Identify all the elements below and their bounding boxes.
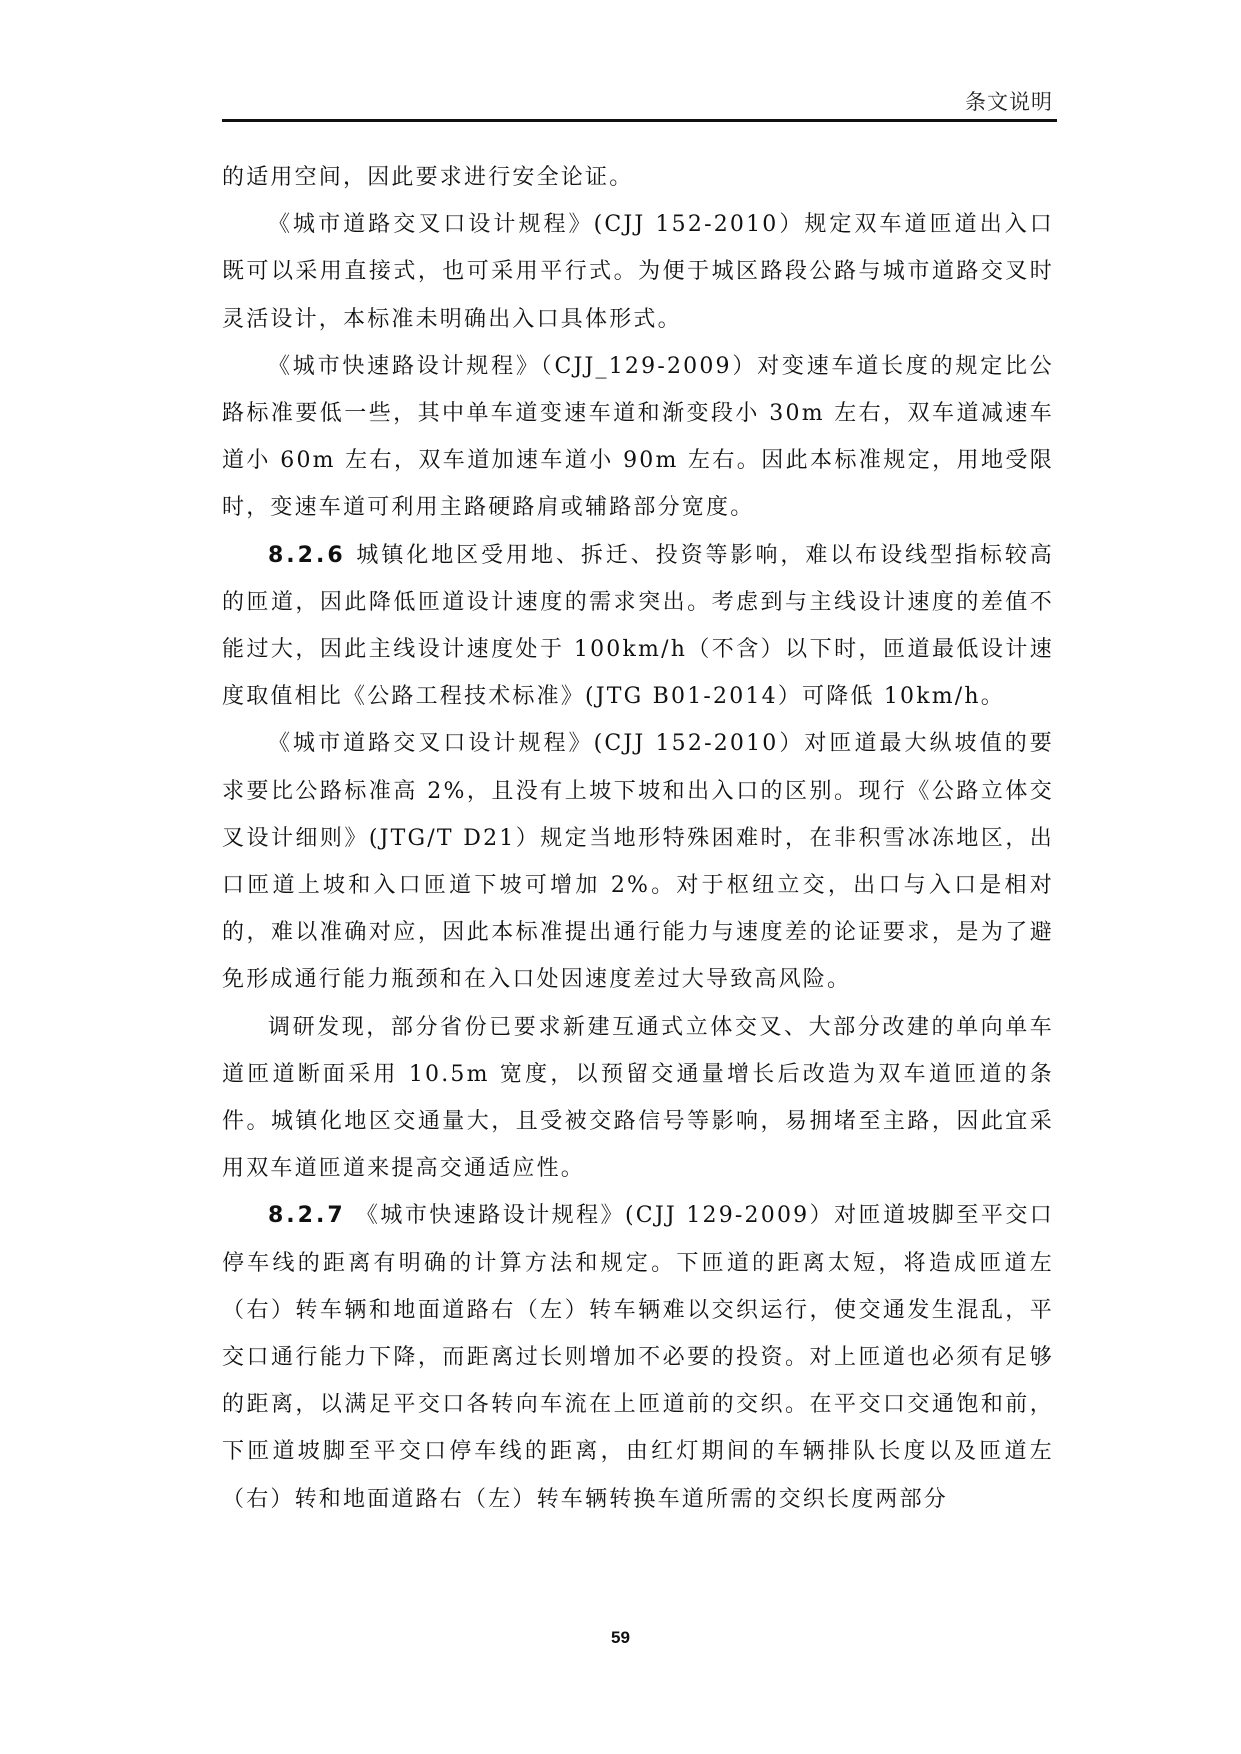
running-header: 条文说明 xyxy=(222,86,1057,122)
paragraph-2: 《城市道路交叉口设计规程》(CJJ 152-2010）规定双车道匝道出入口既可以… xyxy=(222,201,1054,343)
header-divider xyxy=(222,119,1057,122)
paragraph-text: 的适用空间，因此要求进行安全论证。 xyxy=(222,165,633,190)
paragraph-3: 《城市快速路设计规程》（CJJ_129-2009）对变速车道长度的规定比公路标准… xyxy=(222,343,1054,532)
clause-number: 8.2.6 xyxy=(268,543,346,568)
paragraph-text: 《城市道路交叉口设计规程》(CJJ 152-2010）对匝道最大纵坡值的要求要比… xyxy=(222,731,1054,992)
paragraph-text: 调研发现，部分省份已要求新建互通式立体交叉、大部分改建的单向单车道匝道断面采用 … xyxy=(222,1015,1054,1182)
paragraph-text: 城镇化地区受用地、拆迁、投资等影响，难以布设线型指标较高的匝道，因此降低匝道设计… xyxy=(222,543,1054,710)
document-body: 的适用空间，因此要求进行安全论证。 《城市道路交叉口设计规程》(CJJ 152-… xyxy=(222,154,1054,1523)
page-number: 59 xyxy=(0,1628,1241,1648)
header-title: 条文说明 xyxy=(965,86,1053,116)
paragraph-5: 《城市道路交叉口设计规程》(CJJ 152-2010）对匝道最大纵坡值的要求要比… xyxy=(222,720,1054,1003)
paragraph-text: 《城市快速路设计规程》（CJJ_129-2009）对变速车道长度的规定比公路标准… xyxy=(222,354,1054,521)
paragraph-text: 《城市道路交叉口设计规程》(CJJ 152-2010）规定双车道匝道出入口既可以… xyxy=(222,212,1054,331)
paragraph-1: 的适用空间，因此要求进行安全论证。 xyxy=(222,154,1054,201)
clause-8-2-6: 8.2.6城镇化地区受用地、拆迁、投资等影响，难以布设线型指标较高的匝道，因此降… xyxy=(222,532,1054,721)
clause-number: 8.2.7 xyxy=(268,1203,346,1228)
clause-8-2-7: 8.2.7《城市快速路设计规程》(CJJ 129-2009）对匝道坡脚至平交口停… xyxy=(222,1192,1054,1522)
paragraph-6: 调研发现，部分省份已要求新建互通式立体交叉、大部分改建的单向单车道匝道断面采用 … xyxy=(222,1004,1054,1193)
paragraph-text: 《城市快速路设计规程》(CJJ 129-2009）对匝道坡脚至平交口停车线的距离… xyxy=(222,1203,1054,1511)
